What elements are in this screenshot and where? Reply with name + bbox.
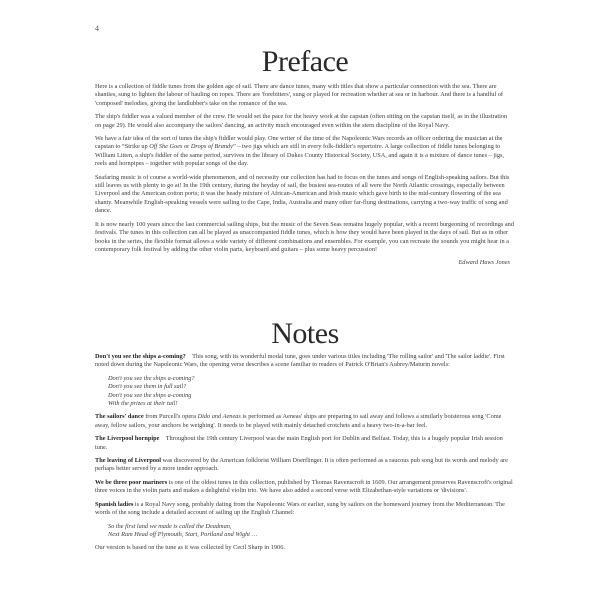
note-heading: The Liverpool hornpipe	[95, 435, 159, 442]
tune-title: Off She Goes	[149, 143, 182, 150]
note-entry: The leaving of Liverpool was discovered …	[95, 457, 515, 474]
tune-title: Drops of Brandy	[191, 143, 233, 150]
notes-title: Notes	[95, 318, 515, 350]
note-entry: The Liverpool hornpipe Throughout the 19…	[95, 435, 515, 452]
note-entry: Don't you see the ships a-coming? This s…	[95, 353, 515, 370]
note-entry: The sailors' dance from Purcell's opera …	[95, 413, 515, 430]
preface-paragraph: Here is a collection of fiddle tunes fro…	[95, 83, 515, 108]
note-heading: The sailors' dance	[95, 413, 144, 420]
preface-paragraph: The ship's fiddler was a valued member o…	[95, 113, 515, 130]
preface-paragraph: It is now nearly 100 years since the las…	[95, 221, 515, 255]
notes-body: Don't you see the ships a-coming? This s…	[95, 353, 515, 558]
note-heading: Don't you see the ships a-coming?	[95, 353, 186, 360]
note-heading: The leaving of Liverpool	[95, 457, 161, 464]
note-entry: We be three poor mariners is one of the …	[95, 479, 515, 496]
note-entry: Spanish ladies is a Royal Navy song, pro…	[95, 501, 515, 518]
verse-quote: So the first land we made is called the …	[108, 523, 515, 540]
verse-quote: Don't you see the ships a-coming? Don't …	[108, 375, 515, 409]
preface-title: Preface	[95, 46, 515, 78]
preface-paragraph: We have a fair idea of the sort of tunes…	[95, 135, 515, 169]
preface-body: Here is a collection of fiddle tunes fro…	[95, 83, 515, 273]
page-number: 4	[95, 24, 99, 33]
note-closing: Our version is based on the tune as it w…	[95, 544, 515, 552]
note-heading: Spanish ladies	[95, 501, 133, 508]
note-heading: We be three poor mariners	[95, 479, 167, 486]
author-signature: Edward Huws Jones	[95, 259, 510, 267]
preface-paragraph: Seafaring music is of course a world-wid…	[95, 174, 515, 216]
